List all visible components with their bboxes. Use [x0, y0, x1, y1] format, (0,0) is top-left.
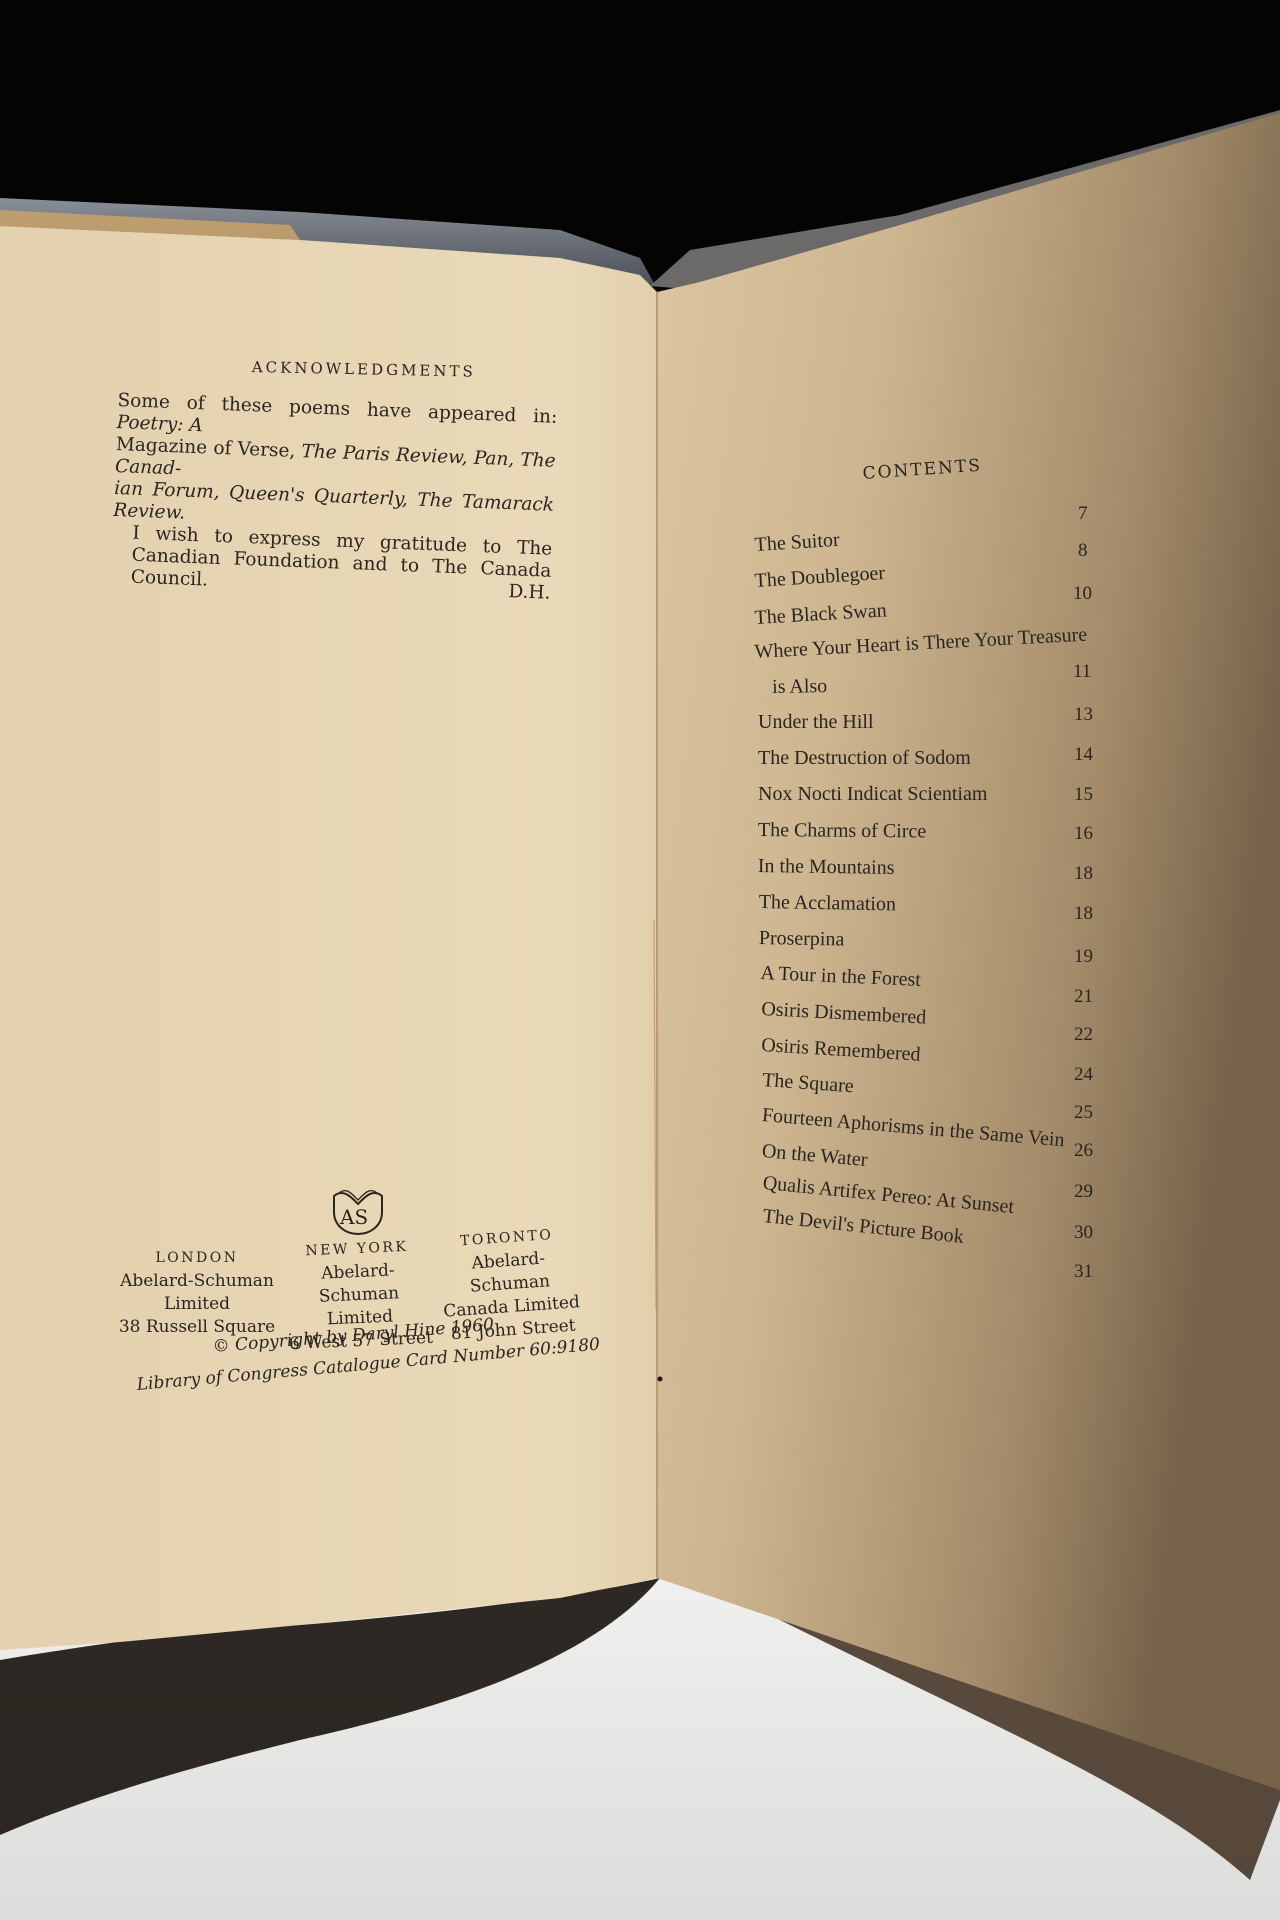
- toc-entry-title: The Destruction of Sodom: [758, 747, 971, 770]
- toc-page-number: 22: [1074, 1024, 1093, 1046]
- toc-page-number: 31: [1074, 1261, 1093, 1283]
- toc-entry-title: Under the Hill: [758, 711, 874, 734]
- toc-page-number: 14: [1074, 744, 1093, 766]
- toc-entry-title: Nox Nocti Indicat Scientiam: [758, 783, 987, 806]
- signature: D.H.: [508, 581, 551, 605]
- toc-page-number: 19: [1074, 946, 1093, 968]
- toc-page-number: 7: [1078, 503, 1088, 525]
- toc-entry-title: The Acclamation: [759, 891, 897, 916]
- toc-page-number: 21: [1074, 986, 1093, 1008]
- toc-page-number: 10: [1073, 583, 1092, 605]
- toc-entry-title-cont: is Also: [772, 675, 827, 699]
- toc-entry-title: Proserpina: [759, 927, 845, 951]
- toc-page-number: 25: [1074, 1102, 1093, 1124]
- toc-page-number: 13: [1074, 704, 1093, 726]
- toc-page-number: 26: [1074, 1140, 1093, 1162]
- toc-page-number: 18: [1074, 863, 1093, 885]
- ack-text-italic: Poetry: A: [116, 412, 203, 436]
- toc-page-number: 16: [1074, 823, 1093, 845]
- svg-text:AS: AS: [339, 1205, 368, 1229]
- toc-entry-title: The Charms of Circe: [758, 819, 926, 843]
- toc-page-number: 24: [1074, 1064, 1093, 1086]
- binding-dot: [658, 1377, 663, 1382]
- publisher-name-cont: Limited: [112, 1293, 282, 1316]
- toc-page-number: 18: [1074, 903, 1093, 925]
- publisher-city: LONDON: [112, 1247, 282, 1270]
- publisher-name: Abelard-Schuman: [283, 1258, 435, 1310]
- publisher-london: LONDON Abelard-Schuman Limited 38 Russel…: [112, 1247, 282, 1339]
- acknowledgments-body: Some of these poems have appeared in: Po…: [110, 390, 557, 605]
- toc-page-number: 29: [1074, 1181, 1093, 1203]
- toc-page-number: 8: [1078, 540, 1088, 562]
- toc-page-number: 15: [1074, 784, 1093, 806]
- toc-page-number: 30: [1074, 1222, 1093, 1244]
- right-page: [657, 113, 1280, 1790]
- publisher-name: Abelard-Schuman: [112, 1270, 282, 1293]
- toc-entry-title: In the Mountains: [758, 855, 895, 880]
- toc-page-number: 11: [1073, 661, 1091, 683]
